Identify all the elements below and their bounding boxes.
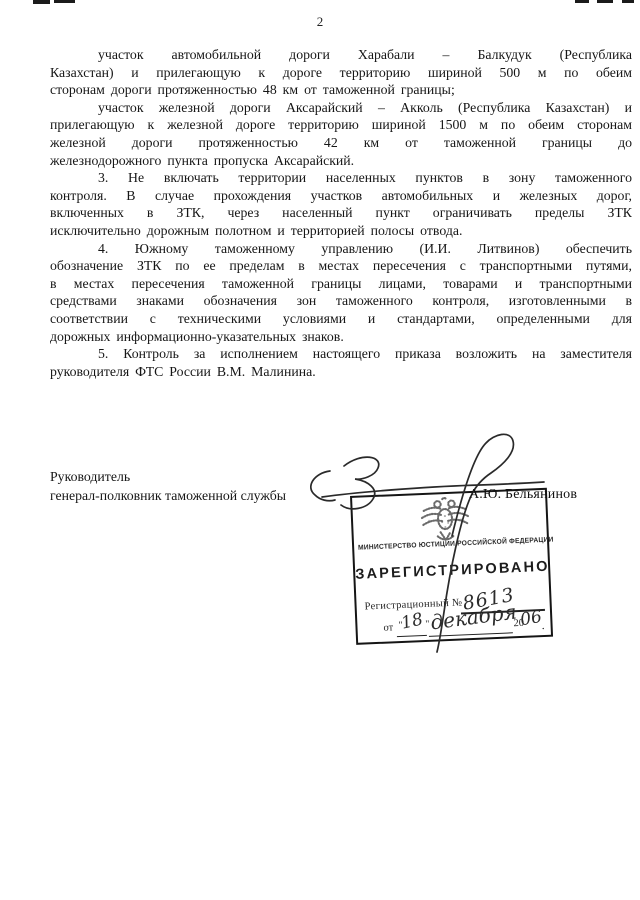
text-line: Казахстан) и прилегающую к дороге террит… [50,64,632,82]
stamp-date-prefix: от [383,622,393,633]
text-line: участок железной дороги Аксарайский – Ак… [50,99,632,117]
document-body: участок автомобильной дороги Харабали – … [50,46,632,380]
text-line: в местах пересечения таможенной границы … [50,275,632,293]
text-line: дорожных информационно-указательных знак… [50,328,632,346]
scan-artifact [575,0,589,3]
text-line: сторонам дороги протяженностью 48 км от … [50,81,632,99]
text-line: контроля. В случае прохождения участков … [50,187,632,205]
signatory-name: А.Ю. Бельянинов [469,487,577,503]
text-line: включенных в ЗТК, через населенный пункт… [50,204,632,222]
stamp-registered-label: ЗАРЕГИСТРИРОВАНО [355,559,549,583]
registration-stamp: МИНИСТЕРСТВО ЮСТИЦИИ РОССИЙСКОЙ ФЕДЕРАЦИ… [350,488,553,645]
scan-artifact [54,0,75,3]
stamp-date-day-handwritten: 18 [399,609,424,633]
text-line: 5. Контроль за исполнением настоящего пр… [50,345,632,363]
text-line: руководителя ФТС России В.М. Малинина. [50,363,632,381]
scan-artifact [622,0,634,3]
text-line: железнодорожного пункта пропуска Аксарай… [50,152,632,170]
text-line: прилегающую к железной дороге территорию… [50,116,632,134]
signatory-title-line2: генерал-полковник таможенной службы [50,487,350,506]
text-line: исключительно дорожным полотном и террит… [50,222,632,240]
text-line: железной дороги протяженностью 42 км от … [50,134,632,152]
stamp-date-day-underline [397,635,427,638]
stamp-date-close-quote: " [425,619,430,630]
text-line: 4. Южному таможенному управлению (И.И. Л… [50,240,632,258]
text-line: обозначение ЗТК по ее пределам в местах … [50,257,632,275]
scan-artifact [33,0,50,4]
stamp-date-year-handwritten: 06 [519,607,544,631]
text-line: соответствии с техническими условиями и … [50,310,632,328]
text-line: средствами знаками обозначения зон тамож… [50,292,632,310]
scan-artifact [597,0,613,3]
signatory-title-line1: Руководитель [50,468,350,487]
double-headed-eagle-icon [418,495,472,544]
text-line: 3. Не включать территории населенных пун… [50,169,632,187]
scanned-document-page: { "page": { "number": "2" }, "document":… [0,0,640,900]
signatory-title: Руководитель генерал-полковник таможенно… [50,468,350,505]
page-number: 2 [0,14,640,30]
text-line: участок автомобильной дороги Харабали – … [50,46,632,64]
